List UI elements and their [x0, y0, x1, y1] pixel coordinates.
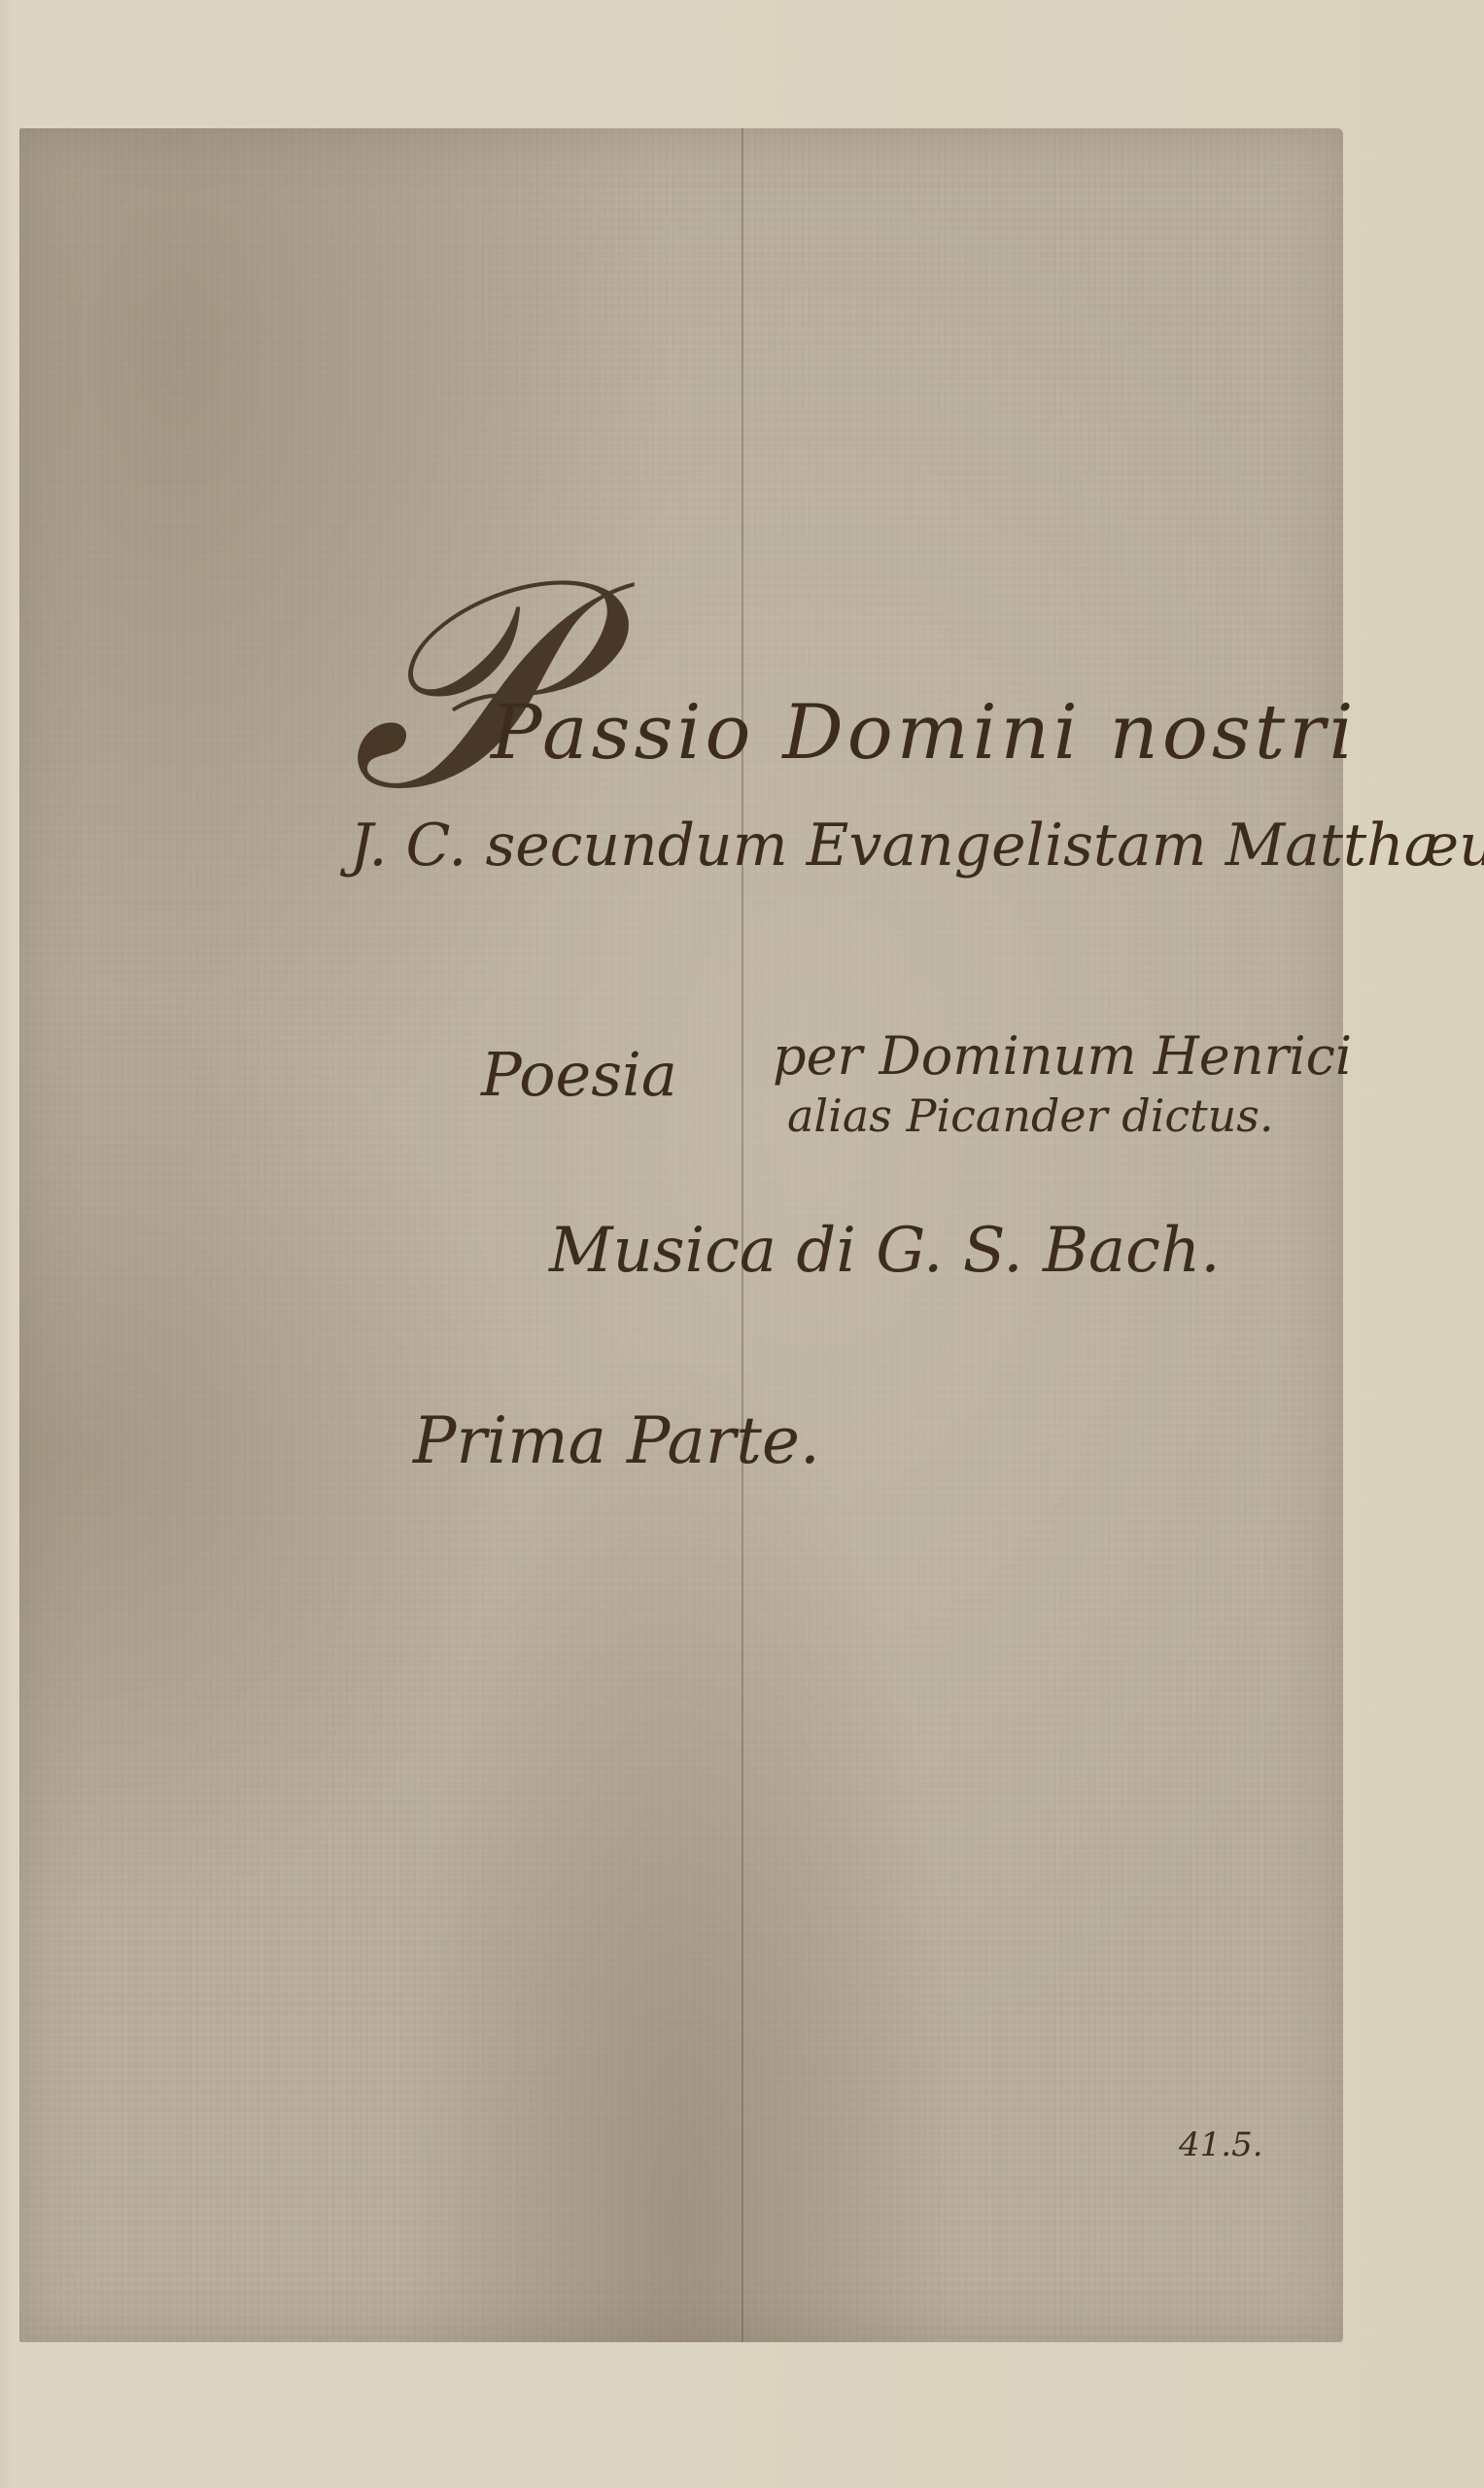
part-label: Prima Parte.	[413, 1409, 820, 1473]
decorative-initial-p: 𝒫	[350, 539, 560, 831]
poetry-label: Poesia	[481, 1045, 677, 1105]
music-credit: Musica di G. S. Bach.	[549, 1220, 1221, 1282]
title-line-1: Passio Domini nostri	[491, 695, 1357, 771]
folio-number: 41.5.	[1179, 2128, 1263, 2161]
title-line-2: J. C. secundum Evangelistam Matthæum	[350, 816, 1484, 875]
poetry-credit-line-1: per Dominum Henrici	[773, 1030, 1352, 1083]
poetry-credit-line-2: alias Picander dictus.	[787, 1093, 1274, 1138]
